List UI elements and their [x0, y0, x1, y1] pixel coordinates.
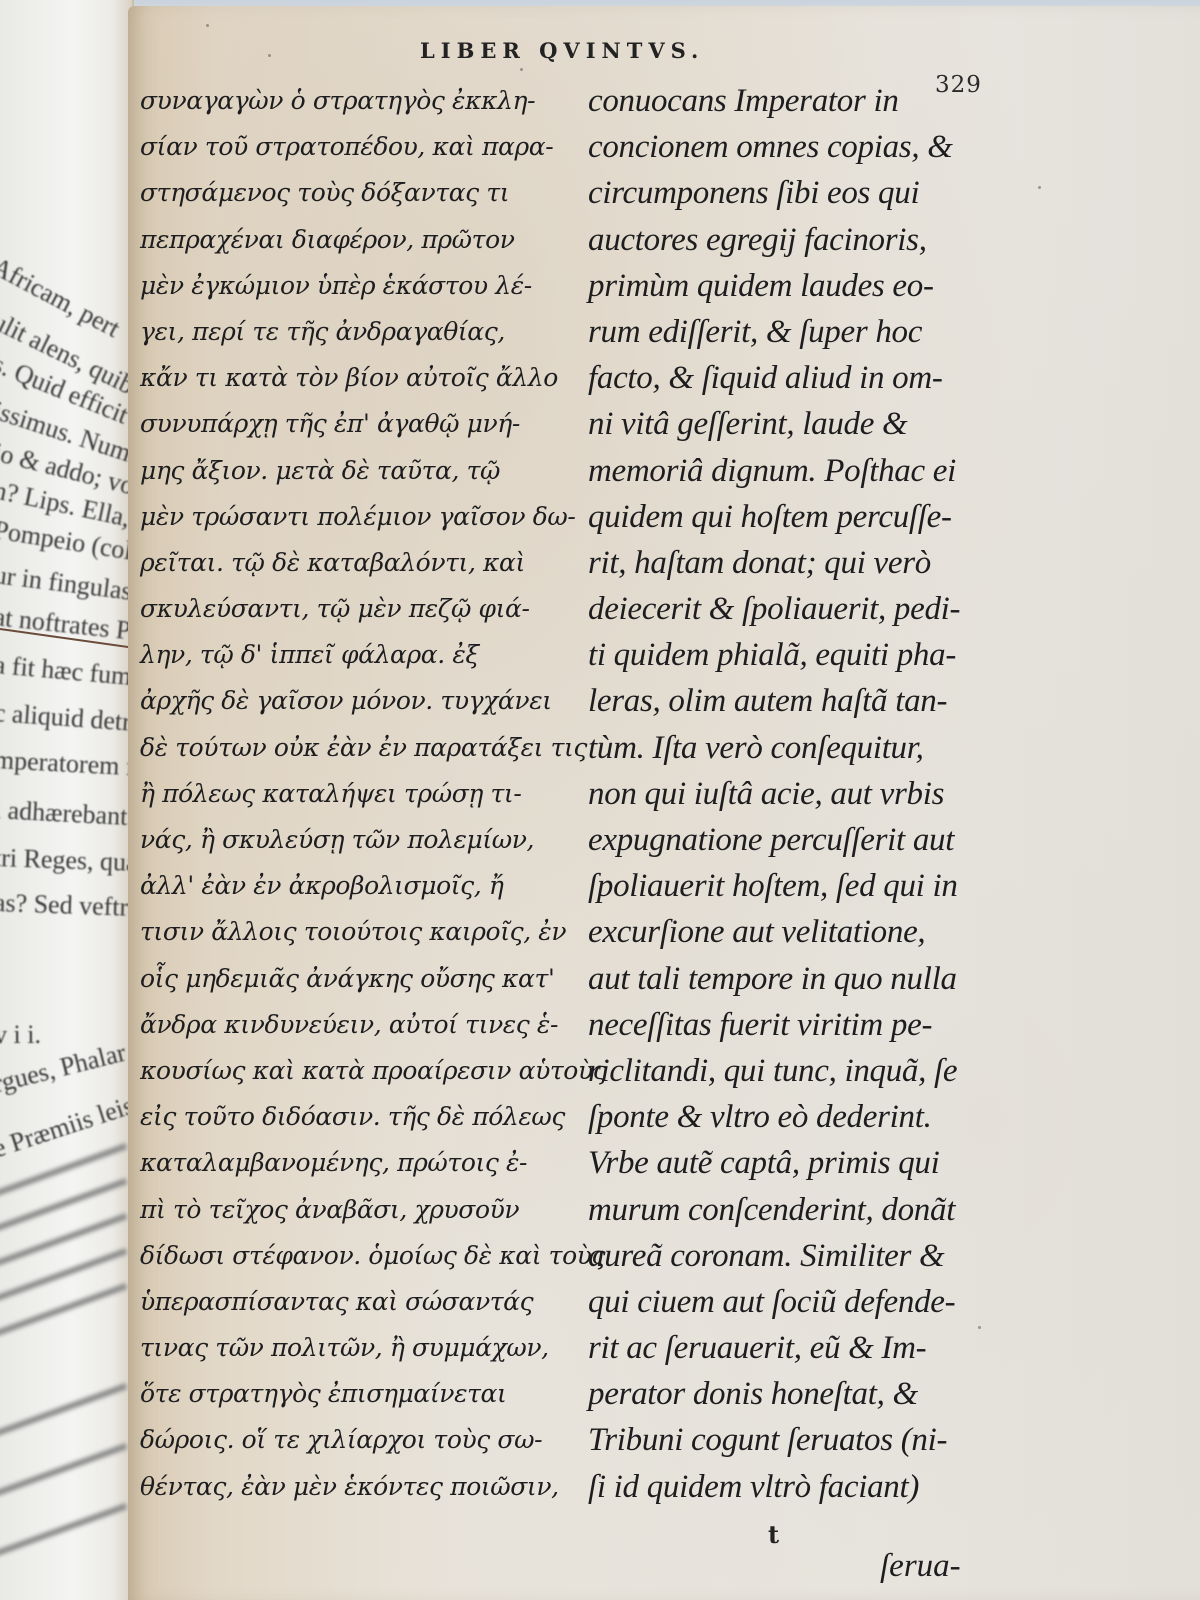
facing-page-text-fragment: v i i.: [0, 1020, 41, 1050]
latin-text-line: murum conſcenderint, donãt: [588, 1187, 998, 1233]
latin-text-line: ſponte & vltro eò dederint.: [588, 1094, 998, 1140]
running-head: LIBER QVINTVS.: [420, 38, 704, 63]
facing-page-blurred-line: ▬▬▬▬▬▬▬: [0, 1493, 129, 1562]
latin-text-line: leras, olim autem haſtã tan-: [588, 678, 998, 724]
latin-text-line: primùm quidem laudes eo-: [588, 263, 998, 309]
greek-text-line: στησάμενος τοὺς δόξαντας τι: [140, 170, 580, 216]
greek-text-line: συνυπάρχῃ τῆς ἐπ' ἀγαθῷ μνή-: [140, 401, 580, 447]
greek-text-line: ἀρχῆς δὲ γαῖσον μόνον. τυγχάνει: [140, 678, 580, 724]
latin-text-line: circumponens ſibi eos qui: [588, 170, 998, 216]
greek-text-line: δὲ τούτων οὐκ ἐὰν ἐν παρατάξει τις: [140, 725, 580, 771]
greek-text-line: εἰς τοῦτο διδόασιν. τῆς δὲ πόλεως: [140, 1094, 580, 1140]
latin-text-line: concionem omnes copias, &: [588, 124, 998, 170]
facing-page-text-fragment: mperatorem fam: [0, 745, 134, 784]
catchword: ſerua-: [880, 1548, 961, 1585]
latin-text-line: auctores egregij facinoris,: [588, 217, 998, 263]
latin-text-line: aut tali tempore in quo nulla: [588, 956, 998, 1002]
paper-speck: [268, 54, 271, 57]
greek-text-line: πὶ τὸ τεῖχος ἀναβᾶσι, χρυσοῦν: [140, 1187, 580, 1233]
latin-text-line: tùm. Iſta verò conſequitur,: [588, 725, 998, 771]
facing-page-text-fragment: a fit hæc fumm: [0, 650, 134, 694]
facing-page-blurred-line: ▬▬▬▬▬▬▬: [0, 1433, 129, 1502]
greek-text-line: ἢ πόλεως καταλήψει τρώσῃ τι-: [140, 771, 580, 817]
greek-text-line: σκυλεύσαντι, τῷ μὲν πεζῷ φιά-: [140, 586, 580, 632]
greek-text-line: κἄν τι κατὰ τὸν βίον αὐτοῖς ἄλλο: [140, 355, 580, 401]
latin-text-line: ni vitâ geſſerint, laude &: [588, 401, 998, 447]
latin-text-line: excurſione aut velitatione,: [588, 909, 998, 955]
latin-text-line: aureã coronam. Similiter &: [588, 1233, 998, 1279]
latin-text-column: conuocans Imperator inconcionem omnes co…: [588, 78, 998, 1510]
latin-text-line: perator donis honeſtat, &: [588, 1371, 998, 1417]
greek-text-line: κουσίως καὶ κατὰ προαίρεσιν αὑτοὺς: [140, 1048, 580, 1094]
facing-page-text-fragment: ur in fingulas: [0, 560, 133, 607]
facing-page-text-fragment: at noftrates Phil: [0, 602, 134, 649]
facing-page-text-fragment: as? Sed veftra: [0, 888, 134, 923]
facing-page-verso: Africam, pertulit alens, quibuss. Quid e…: [0, 0, 134, 1600]
facing-page-text-fragment: i adhærebant. I: [0, 795, 134, 833]
latin-text-line: conuocans Imperator in: [588, 78, 998, 124]
latin-text-line: rum ediſſerit, & ſuper hoc: [588, 309, 998, 355]
greek-text-line: καταλαμβανομένης, πρώτοις ἐ-: [140, 1140, 580, 1186]
greek-text-line: δώροις. οἵ τε χιλίαρχοι τοὺς σω-: [140, 1417, 580, 1463]
greek-text-line: μὲν τρώσαντι πολέμιον γαῖσον δω-: [140, 494, 580, 540]
latin-text-line: qui ciuem aut ſociũ defende-: [588, 1279, 998, 1325]
latin-text-line: expugnatione percuſſerit aut: [588, 817, 998, 863]
greek-text-line: ὅτε στρατηγὸς ἐπισημαίνεται: [140, 1371, 580, 1417]
greek-text-line: πεπραχέναι διαφέρον, πρῶτον: [140, 217, 580, 263]
latin-text-line: rit ac ſeruauerit, eũ & Im-: [588, 1325, 998, 1371]
signature-mark: t: [768, 1520, 779, 1549]
latin-text-line: ti quidem phialã, equiti pha-: [588, 632, 998, 678]
greek-text-column: συναγαγὼν ὁ στρατηγὸς ἐκκλη-σίαν τοῦ στρ…: [140, 78, 580, 1510]
facing-page-blurred-line: ▬▬▬▬▬▬▬: [0, 1373, 129, 1442]
greek-text-line: ἄνδρα κινδυνεύειν, αὐτοί τινες ἑ-: [140, 1002, 580, 1048]
latin-text-line: rit, haſtam donat; qui verò: [588, 540, 998, 586]
greek-text-line: τισιν ἄλλοις τοιούτοις καιροῖς, ἐν: [140, 909, 580, 955]
greek-text-line: σίαν τοῦ στρατοπέδου, καὶ παρα-: [140, 124, 580, 170]
greek-text-line: οἷς μηδεμιᾶς ἀνάγκης οὔσης κατ': [140, 956, 580, 1002]
latin-text-line: memoriâ dignum. Poſthac ei: [588, 448, 998, 494]
greek-text-line: τινας τῶν πολιτῶν, ἢ συμμάχων,: [140, 1325, 580, 1371]
latin-text-line: non qui iuſtâ acie, aut vrbis: [588, 771, 998, 817]
latin-text-line: Tribuni cogunt ſeruatos (ni-: [588, 1417, 998, 1463]
latin-text-line: riclitandi, qui tunc, inquã, ſe: [588, 1048, 998, 1094]
greek-text-line: ἀλλ' ἐὰν ἐν ἀκροβολισμοῖς, ἤ: [140, 863, 580, 909]
greek-text-line: νάς, ἢ σκυλεύσῃ τῶν πολεμίων,: [140, 817, 580, 863]
latin-text-line: Vrbe autẽ captâ, primis qui: [588, 1140, 998, 1186]
greek-text-line: λην, τῷ δ' ἱππεῖ φάλαρα. ἐξ: [140, 632, 580, 678]
facing-page-text-fragment: c aliquid detrah: [0, 698, 134, 739]
facing-page-text-fragment: tri Reges, qua: [0, 843, 134, 878]
paper-speck: [520, 68, 523, 71]
paper-speck: [1038, 186, 1041, 189]
greek-text-line: μὲν ἐγκώμιον ὑπὲρ ἑκάστου λέ-: [140, 263, 580, 309]
greek-text-line: ὑπερασπίσαντας καὶ σώσαντάς: [140, 1279, 580, 1325]
greek-text-line: δίδωσι στέφανον. ὁμοίως δὲ καὶ τοὺς: [140, 1233, 580, 1279]
latin-text-line: neceſſitas fuerit viritim pe-: [588, 1002, 998, 1048]
paper-speck: [206, 24, 209, 27]
latin-text-line: deiecerit & ſpoliauerit, pedi-: [588, 586, 998, 632]
greek-text-line: θέντας, ἐὰν μὲν ἑκόντες ποιῶσιν,: [140, 1464, 580, 1510]
greek-text-line: ρεῖται. τῷ δὲ καταβαλόντι, καὶ: [140, 540, 580, 586]
latin-text-line: facto, & ſiquid aliud in om-: [588, 355, 998, 401]
latin-text-line: quidem qui hoſtem percuſſe-: [588, 494, 998, 540]
greek-text-line: μης ἄξιον. μετὰ δὲ ταῦτα, τῷ: [140, 448, 580, 494]
greek-text-line: γει, περί τε τῆς ἀνδραγαθίας,: [140, 309, 580, 355]
latin-text-line: ſpoliauerit hoſtem, ſed qui in: [588, 863, 998, 909]
greek-text-line: συναγαγὼν ὁ στρατηγὸς ἐκκλη-: [140, 78, 580, 124]
latin-text-line: ſi id quidem vltrò faciant): [588, 1464, 998, 1510]
